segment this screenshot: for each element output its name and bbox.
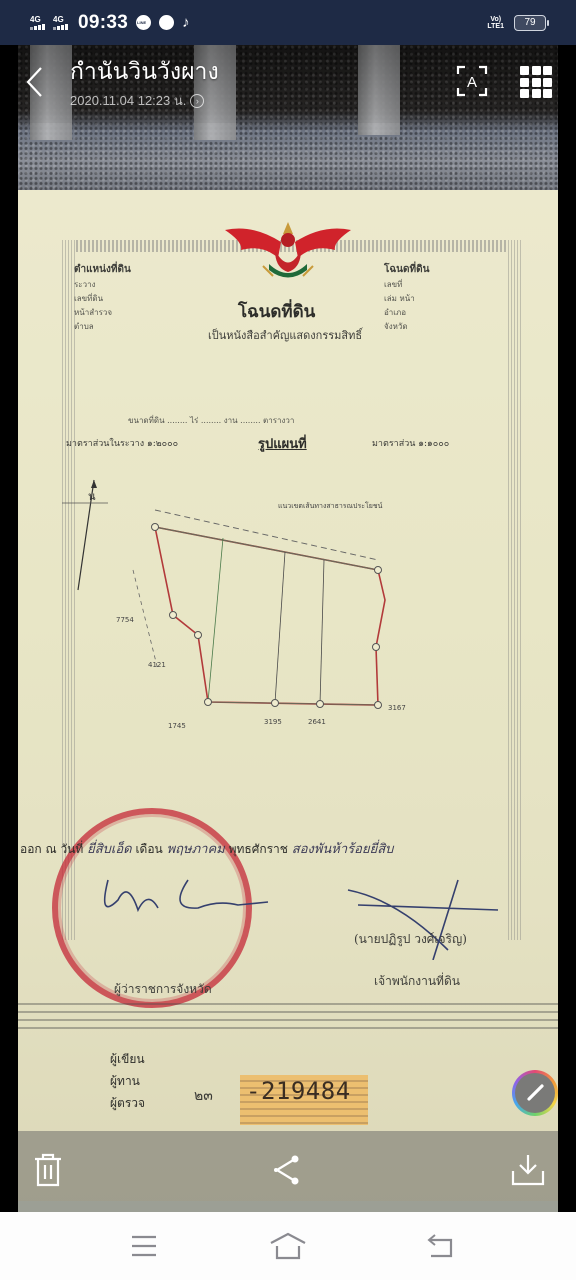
officer-title: เจ้าพนักงานที่ดิน bbox=[374, 972, 460, 991]
network-type-label: 4G bbox=[30, 16, 41, 24]
field-label: เล่ม หน้า bbox=[384, 292, 415, 306]
chevron-left-icon bbox=[24, 65, 44, 99]
photo-image[interactable]: ตำแหน่งที่ดิน ระวาง เลขที่ดิน หน้าสำรวจ … bbox=[18, 45, 558, 1212]
field-label: อำเภอ bbox=[384, 306, 415, 320]
serial-number-box: -219484 bbox=[240, 1075, 368, 1125]
back-button[interactable] bbox=[22, 64, 46, 100]
location-header: ตำแหน่งที่ดิน bbox=[74, 262, 131, 277]
point-label: 2641 bbox=[308, 718, 326, 726]
network-type-label: 4G bbox=[53, 16, 64, 24]
governor-signature bbox=[78, 860, 278, 930]
grid-icon bbox=[520, 66, 529, 75]
scale-right: มาตราส่วน ๑:๑๐๐๐ bbox=[372, 436, 449, 450]
home-icon bbox=[269, 1232, 307, 1260]
officer-name: (นายปฏิรูป วงศ์เจริญ) bbox=[354, 930, 467, 949]
back-icon bbox=[425, 1233, 455, 1259]
bottom-toolbar-edge bbox=[18, 1201, 558, 1212]
reviewer-label: ผู้ทาน bbox=[110, 1070, 145, 1092]
point-label: 1745 bbox=[168, 722, 186, 730]
trash-icon bbox=[32, 1152, 64, 1188]
album-title: กำนันวินวังผาง bbox=[70, 54, 219, 90]
edit-button[interactable] bbox=[512, 1070, 558, 1116]
month-label: เดือน bbox=[135, 842, 162, 856]
clock: 09:33 bbox=[78, 12, 128, 34]
land-title-deed: ตำแหน่งที่ดิน ระวาง เลขที่ดิน หน้าสำรวจ … bbox=[18, 190, 558, 1212]
field-label: เลขที่ bbox=[384, 278, 415, 292]
signal-icon-sim2: 4G bbox=[53, 16, 68, 30]
issued-date-line: ออก ณ วันที่ ยี่สิบเอ็ด เดือน พฤษภาคม พุ… bbox=[20, 838, 393, 859]
governor-title: ผู้ว่าราชการจังหวัด bbox=[114, 980, 212, 999]
map-title: รูปแผนที่ bbox=[258, 433, 307, 454]
tiktok-icon: ♪ bbox=[182, 14, 190, 31]
field-label: จังหวัด bbox=[384, 320, 415, 334]
back-nav-button[interactable] bbox=[420, 1230, 460, 1262]
field-label: ระวาง bbox=[74, 278, 112, 292]
download-icon bbox=[510, 1153, 546, 1187]
line-icon bbox=[136, 15, 151, 30]
delete-button[interactable] bbox=[28, 1150, 68, 1190]
grid-view-button[interactable] bbox=[520, 66, 552, 98]
system-navigation-bar bbox=[0, 1212, 576, 1280]
recents-button[interactable] bbox=[124, 1230, 164, 1262]
ocr-label: A bbox=[467, 74, 477, 91]
scale-left: มาตราส่วนในระวาง ๑:๒๐๐๐ bbox=[66, 436, 178, 450]
deed-fields: เลขที่ เล่ม หน้า อำเภอ จังหวัด bbox=[384, 278, 415, 334]
pencil-icon bbox=[524, 1082, 546, 1104]
home-button[interactable] bbox=[268, 1230, 308, 1262]
deed-title: โฉนดที่ดิน bbox=[238, 298, 315, 325]
deed-header: โฉนดที่ดิน bbox=[384, 262, 429, 277]
gallery-photo-viewer: 4G 4G 09:33 ♪ Vo) LTE1 79 bbox=[0, 0, 576, 1280]
plot-map-diagram: น แนวเขตเส้นทางสาธารณประโยชน์ bbox=[58, 470, 538, 770]
volte-bottom: LTE1 bbox=[487, 23, 504, 30]
road-label: แนวเขตเส้นทางสาธารณประโยชน์ bbox=[278, 501, 383, 510]
download-button[interactable] bbox=[508, 1150, 548, 1190]
issued-day: ยี่สิบเอ็ด bbox=[87, 842, 132, 857]
area-line: ขนาดที่ดิน ........ ไร่ ........ งาน ...… bbox=[128, 414, 294, 427]
ocr-text-recognition-button[interactable]: A bbox=[455, 64, 489, 98]
field-label: ตำบล bbox=[74, 320, 112, 334]
location-fields: ระวาง เลขที่ดิน หน้าสำรวจ ตำบล bbox=[74, 278, 112, 334]
north-label: น bbox=[88, 490, 96, 503]
issued-label: ออก ณ วันที่ bbox=[20, 842, 83, 856]
deed-subtitle: เป็นหนังสือสำคัญแสดงกรรมสิทธิ์ bbox=[208, 326, 362, 344]
inspector-label: ผู้ตรวจ bbox=[110, 1092, 145, 1114]
writer-label: ผู้เขียน bbox=[110, 1048, 145, 1070]
volte-icon: Vo) LTE1 bbox=[487, 16, 504, 30]
point-label: 4121 bbox=[148, 661, 166, 669]
share-button[interactable] bbox=[266, 1150, 306, 1190]
field-label: เลขที่ดิน bbox=[74, 292, 112, 306]
scan-text-icon: A bbox=[455, 64, 489, 98]
signal-icon-sim1: 4G bbox=[30, 16, 45, 30]
status-bar: 4G 4G 09:33 ♪ Vo) LTE1 79 bbox=[0, 0, 576, 45]
photo-details-link[interactable]: 2020.11.04 12:23 น. › bbox=[70, 90, 204, 111]
issued-year: สองพันห้าร้อยยี่สิบ bbox=[292, 842, 394, 857]
point-label: 3195 bbox=[264, 718, 282, 726]
battery-icon: 79 bbox=[514, 15, 546, 31]
microprint-band bbox=[18, 1000, 558, 1034]
serial-prefix: ๒๓ bbox=[194, 1085, 213, 1107]
point-label: 7754 bbox=[116, 616, 134, 624]
clerk-labels: ผู้เขียน ผู้ทาน ผู้ตรวจ bbox=[110, 1048, 145, 1114]
garuda-emblem-icon bbox=[223, 220, 353, 285]
year-label: พุทธศักราช bbox=[229, 842, 288, 856]
battery-level: 79 bbox=[524, 17, 535, 28]
chevron-right-circle-icon: › bbox=[190, 94, 204, 108]
photo-timestamp: 2020.11.04 12:23 น. bbox=[70, 90, 186, 111]
issued-month: พฤษภาคม bbox=[167, 842, 225, 857]
chat-bubble-icon bbox=[159, 15, 174, 30]
volte-top: Vo) bbox=[490, 16, 501, 23]
field-label: หน้าสำรวจ bbox=[74, 306, 112, 320]
share-icon bbox=[269, 1152, 303, 1188]
point-label: 3167 bbox=[388, 704, 406, 712]
menu-icon bbox=[130, 1234, 158, 1258]
